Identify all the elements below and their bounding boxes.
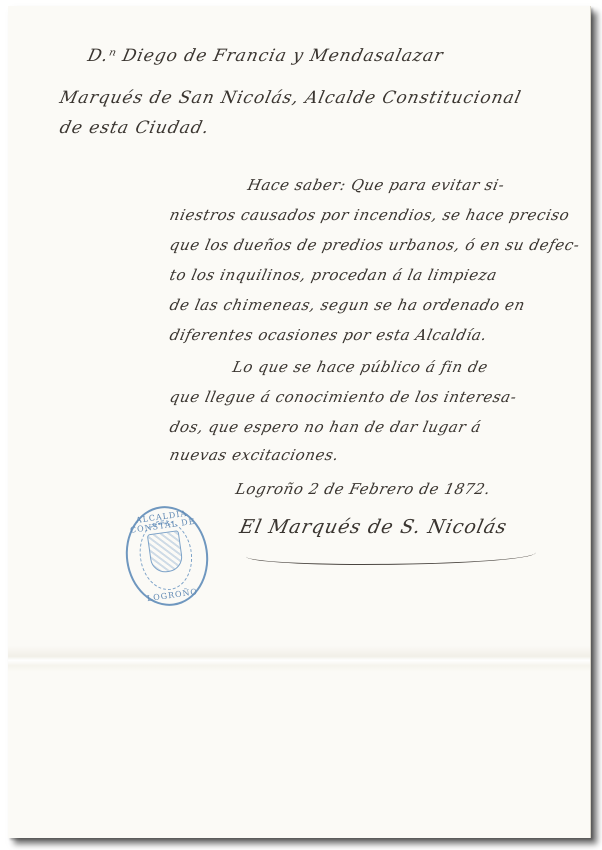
body-line-6: diferentes ocasiones por esta Alcaldía.	[168, 326, 489, 344]
document-page: D.ⁿ Diego de Francia y Mendasalazar Marq…	[8, 6, 591, 838]
body-line-4: to los inquilinos, procedan á la limpiez…	[168, 266, 499, 284]
header-line-2: Marqués de San Nicolás, Alcalde Constitu…	[58, 88, 523, 108]
body-line-10: nuevas excitaciones.	[168, 446, 341, 464]
body-line-5: de las chimeneas, segun se ha ordenado e…	[168, 296, 527, 314]
municipal-seal-stamp: ALCALDIA CONSTAL DE LOGROÑO	[119, 501, 214, 611]
body-line-1: Hace saber: Que para evitar si-	[246, 176, 506, 194]
header-line-1: D.ⁿ Diego de Francia y Mendasalazar	[86, 46, 446, 66]
signature-flourish	[246, 544, 536, 565]
body-line-9: dos, que espero no han de dar lugar á	[168, 418, 483, 436]
body-line-8: que llegue á conocimiento de los interes…	[168, 388, 518, 406]
paper-fold	[8, 646, 590, 672]
body-line-3: que los dueños de predios urbanos, ó en …	[168, 236, 581, 254]
header-line-3: de esta Ciudad.	[58, 118, 211, 138]
date-line: Logroño 2 de Febrero de 1872.	[234, 480, 492, 498]
body-line-7: Lo que se hace público á fin de	[231, 358, 490, 376]
signature: El Marqués de S. Nicolás	[238, 516, 510, 538]
body-line-2: niestros causados por incendios, se hace…	[168, 206, 571, 224]
